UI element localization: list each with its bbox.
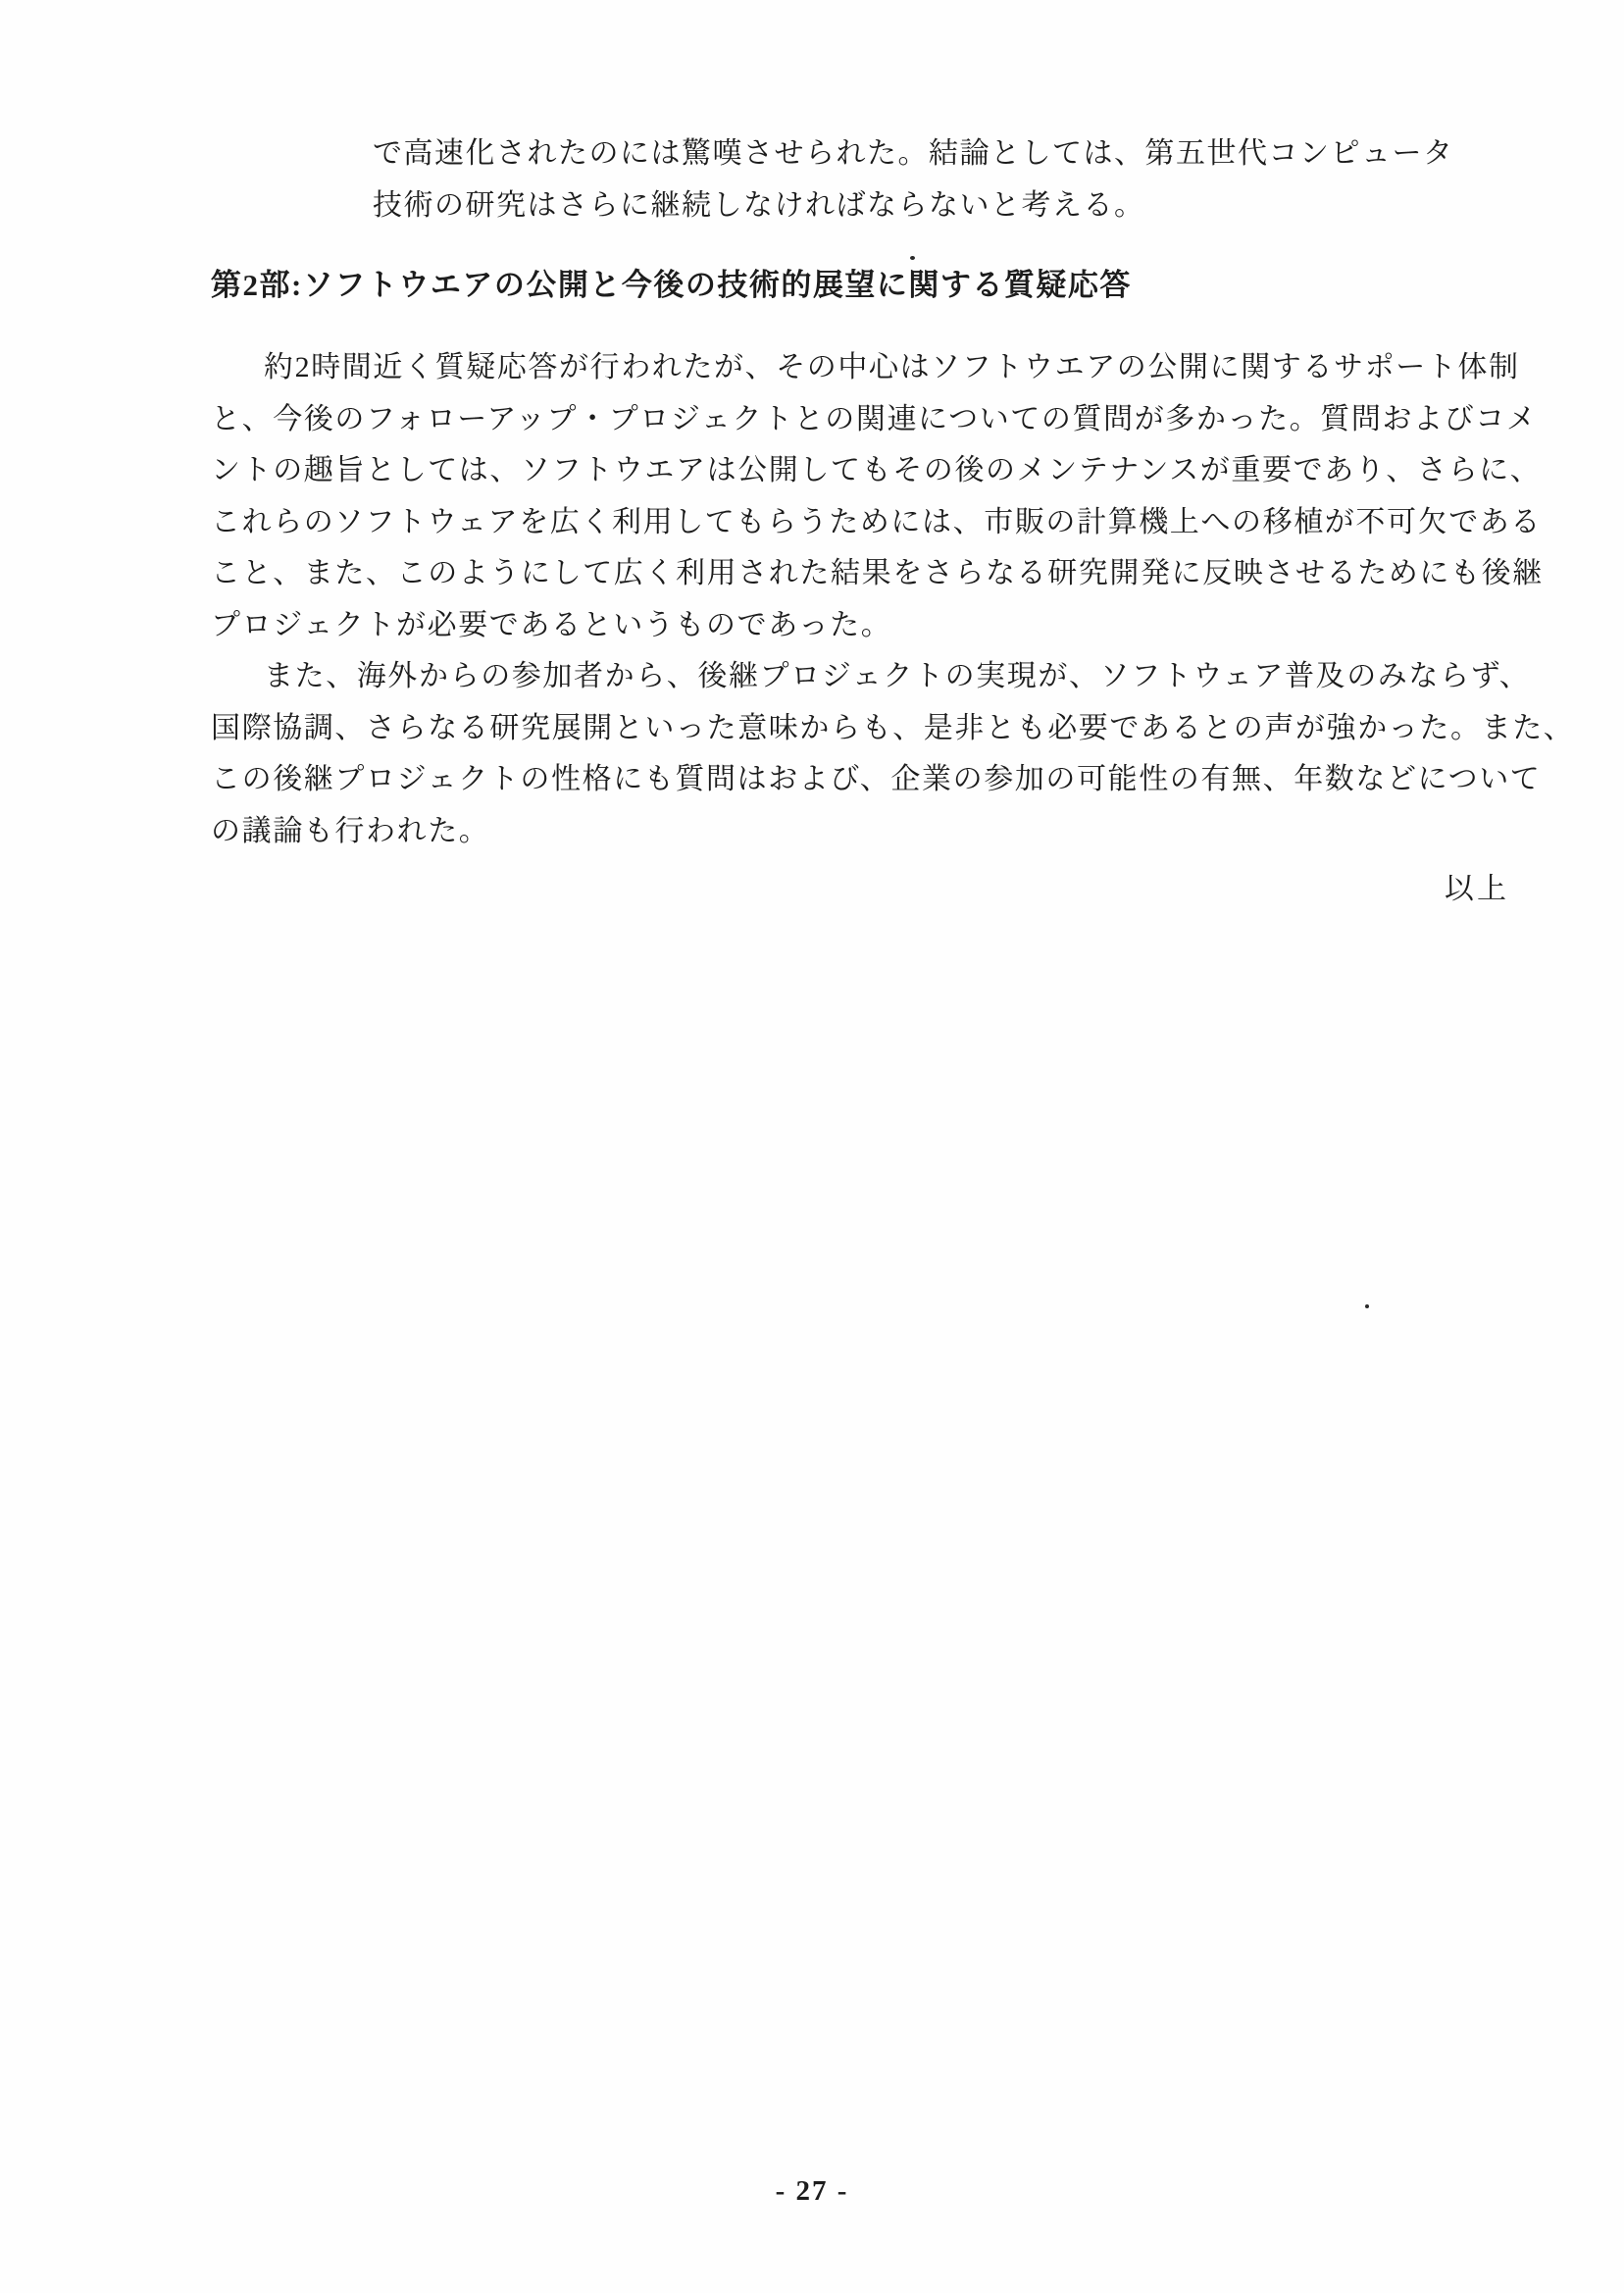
- section-heading: 第2部:ソフトウエアの公開と今後の技術的展望に関する質疑応答: [211, 263, 1525, 308]
- scan-speck: [1365, 1304, 1369, 1308]
- text-line: ントの趣旨としては、ソフトウエアは公開してもその後のメンテナンスが重要であり、さ…: [211, 445, 1523, 497]
- text-line: プロジェクトが必要であるというものであった。: [211, 600, 1523, 652]
- text-line: こと、また、このようにして広く利用された結果をさらなる研究開発に反映させるために…: [211, 548, 1523, 600]
- scan-speck: [910, 256, 915, 260]
- text-line: と、今後のフォローアップ・プロジェクトとの関連についての質問が多かった。質問およ…: [211, 394, 1523, 446]
- text-line: また、海外からの参加者から、後継プロジェクトの実現が、ソフトウェア普及のみならず…: [211, 651, 1523, 703]
- document-body: 約2時間近く質疑応答が行われたが、その中心はソフトウエアの公開に関するサポート体…: [211, 342, 1523, 916]
- text-line: の議論も行われた。: [211, 806, 1523, 858]
- body-paragraph: また、海外からの参加者から、後継プロジェクトの実現が、ソフトウェア普及のみならず…: [211, 651, 1523, 857]
- intro-paragraph: で高速化されたのには驚嘆させられた。結論としては、第五世代コンピュータ 技術の研…: [373, 127, 1353, 231]
- page-number: - 27 -: [0, 2175, 1624, 2208]
- text-line: この後継プロジェクトの性格にも質問はおよび、企業の参加の可能性の有無、年数などに…: [211, 754, 1523, 806]
- text-line: 約2時間近く質疑応答が行われたが、その中心はソフトウエアの公開に関するサポート体…: [211, 342, 1523, 394]
- closing-mark: 以上: [211, 864, 1523, 916]
- intro-line: 技術の研究はさらに継続しなければならないと考える。: [373, 179, 1353, 231]
- text-line: 国際協調、さらなる研究展開といった意味からも、是非とも必要であるとの声が強かった…: [211, 703, 1523, 755]
- scanned-document-page: で高速化されたのには驚嘆させられた。結論としては、第五世代コンピュータ 技術の研…: [0, 0, 1624, 2293]
- intro-line: で高速化されたのには驚嘆させられた。結論としては、第五世代コンピュータ: [373, 127, 1353, 179]
- body-paragraph: 約2時間近く質疑応答が行われたが、その中心はソフトウエアの公開に関するサポート体…: [211, 342, 1523, 651]
- text-line: これらのソフトウェアを広く利用してもらうためには、市販の計算機上への移植が不可欠…: [211, 497, 1523, 549]
